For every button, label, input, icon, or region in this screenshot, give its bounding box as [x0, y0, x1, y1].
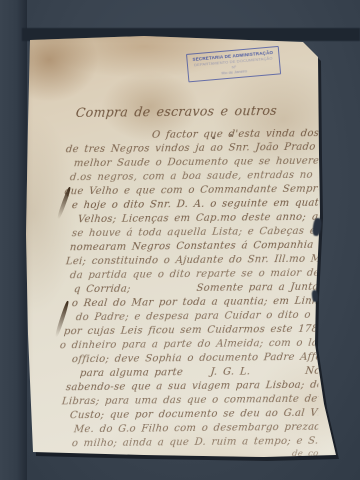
- manuscript-line: sabendo-se que a sua viagem para Lisboa;…: [65, 380, 318, 394]
- manuscript-line: Velhos; Licenças em Cap.mo deste anno; q…: [77, 212, 318, 226]
- manuscript-line: Custo; que por documento se deu ao G.al …: [69, 408, 318, 422]
- manuscript-line: o Real do Mar por toda a quantia; em Lin…: [71, 296, 318, 310]
- manuscript-line: do Padre; e despesa para Cuidar o dito o…: [75, 310, 318, 324]
- manuscript-line: officio; deve Sophia o documento Padre A…: [71, 352, 318, 366]
- paper-sheet: SECRETARIA DE ADMINISTRAÇÃO DEPARTAMENTO…: [24, 34, 340, 462]
- manuscript: Compra de escravos e outrosO factor que …: [24, 34, 340, 462]
- ink-speck: [230, 134, 232, 136]
- manuscript-line: nomearam Negros Constantes á Companhia e…: [69, 240, 318, 254]
- manuscript-line: Compra de escravos e outros: [75, 103, 278, 120]
- manuscript-line: que Velho e que com o Commandante Sempre…: [63, 184, 318, 198]
- manuscript-line: para alguma parte J. G. L. Novo: [79, 366, 318, 379]
- manuscript-line: da partida que o dito reparte se o maior…: [69, 268, 318, 282]
- ink-speck: [212, 137, 215, 139]
- manuscript-line: de tres Negros vindos ja ao Snr. João Pr…: [65, 142, 318, 156]
- manuscript-line: o milho; ainda a que D. ruim a tempo; e …: [71, 436, 318, 450]
- manuscript-line: q Corrida; Somente para a Junta de: [73, 282, 318, 296]
- manuscript-line: se houve á toda aquella Lista; e Cabeças…: [71, 226, 318, 240]
- manuscript-line: d.os negros, com a boa saude, entradas n…: [69, 170, 318, 184]
- manuscript-line: e hoje o dito Snr. D. A. o seguinte em q…: [71, 198, 318, 212]
- manuscript-line: O factor que d'esta vinda dos Campos: [151, 128, 318, 141]
- manuscript-line: Me. do G.o Filho com o desembargo prezad…: [73, 422, 318, 436]
- board-left-shadow: [0, 0, 27, 480]
- manuscript-line: melhor Saude o Documento que se houverem…: [73, 156, 318, 170]
- manuscript-line: por cujas Leis ficou sem Cuidarmos este …: [63, 324, 318, 338]
- manuscript-line: Lei; constituindo o Ajudante do Snr. Ill…: [65, 254, 318, 268]
- manuscript-line: Libras; para uma das que o commandante d…: [61, 394, 318, 408]
- manuscript-line: o dinheiro para a parte do Almeida; com …: [59, 338, 318, 352]
